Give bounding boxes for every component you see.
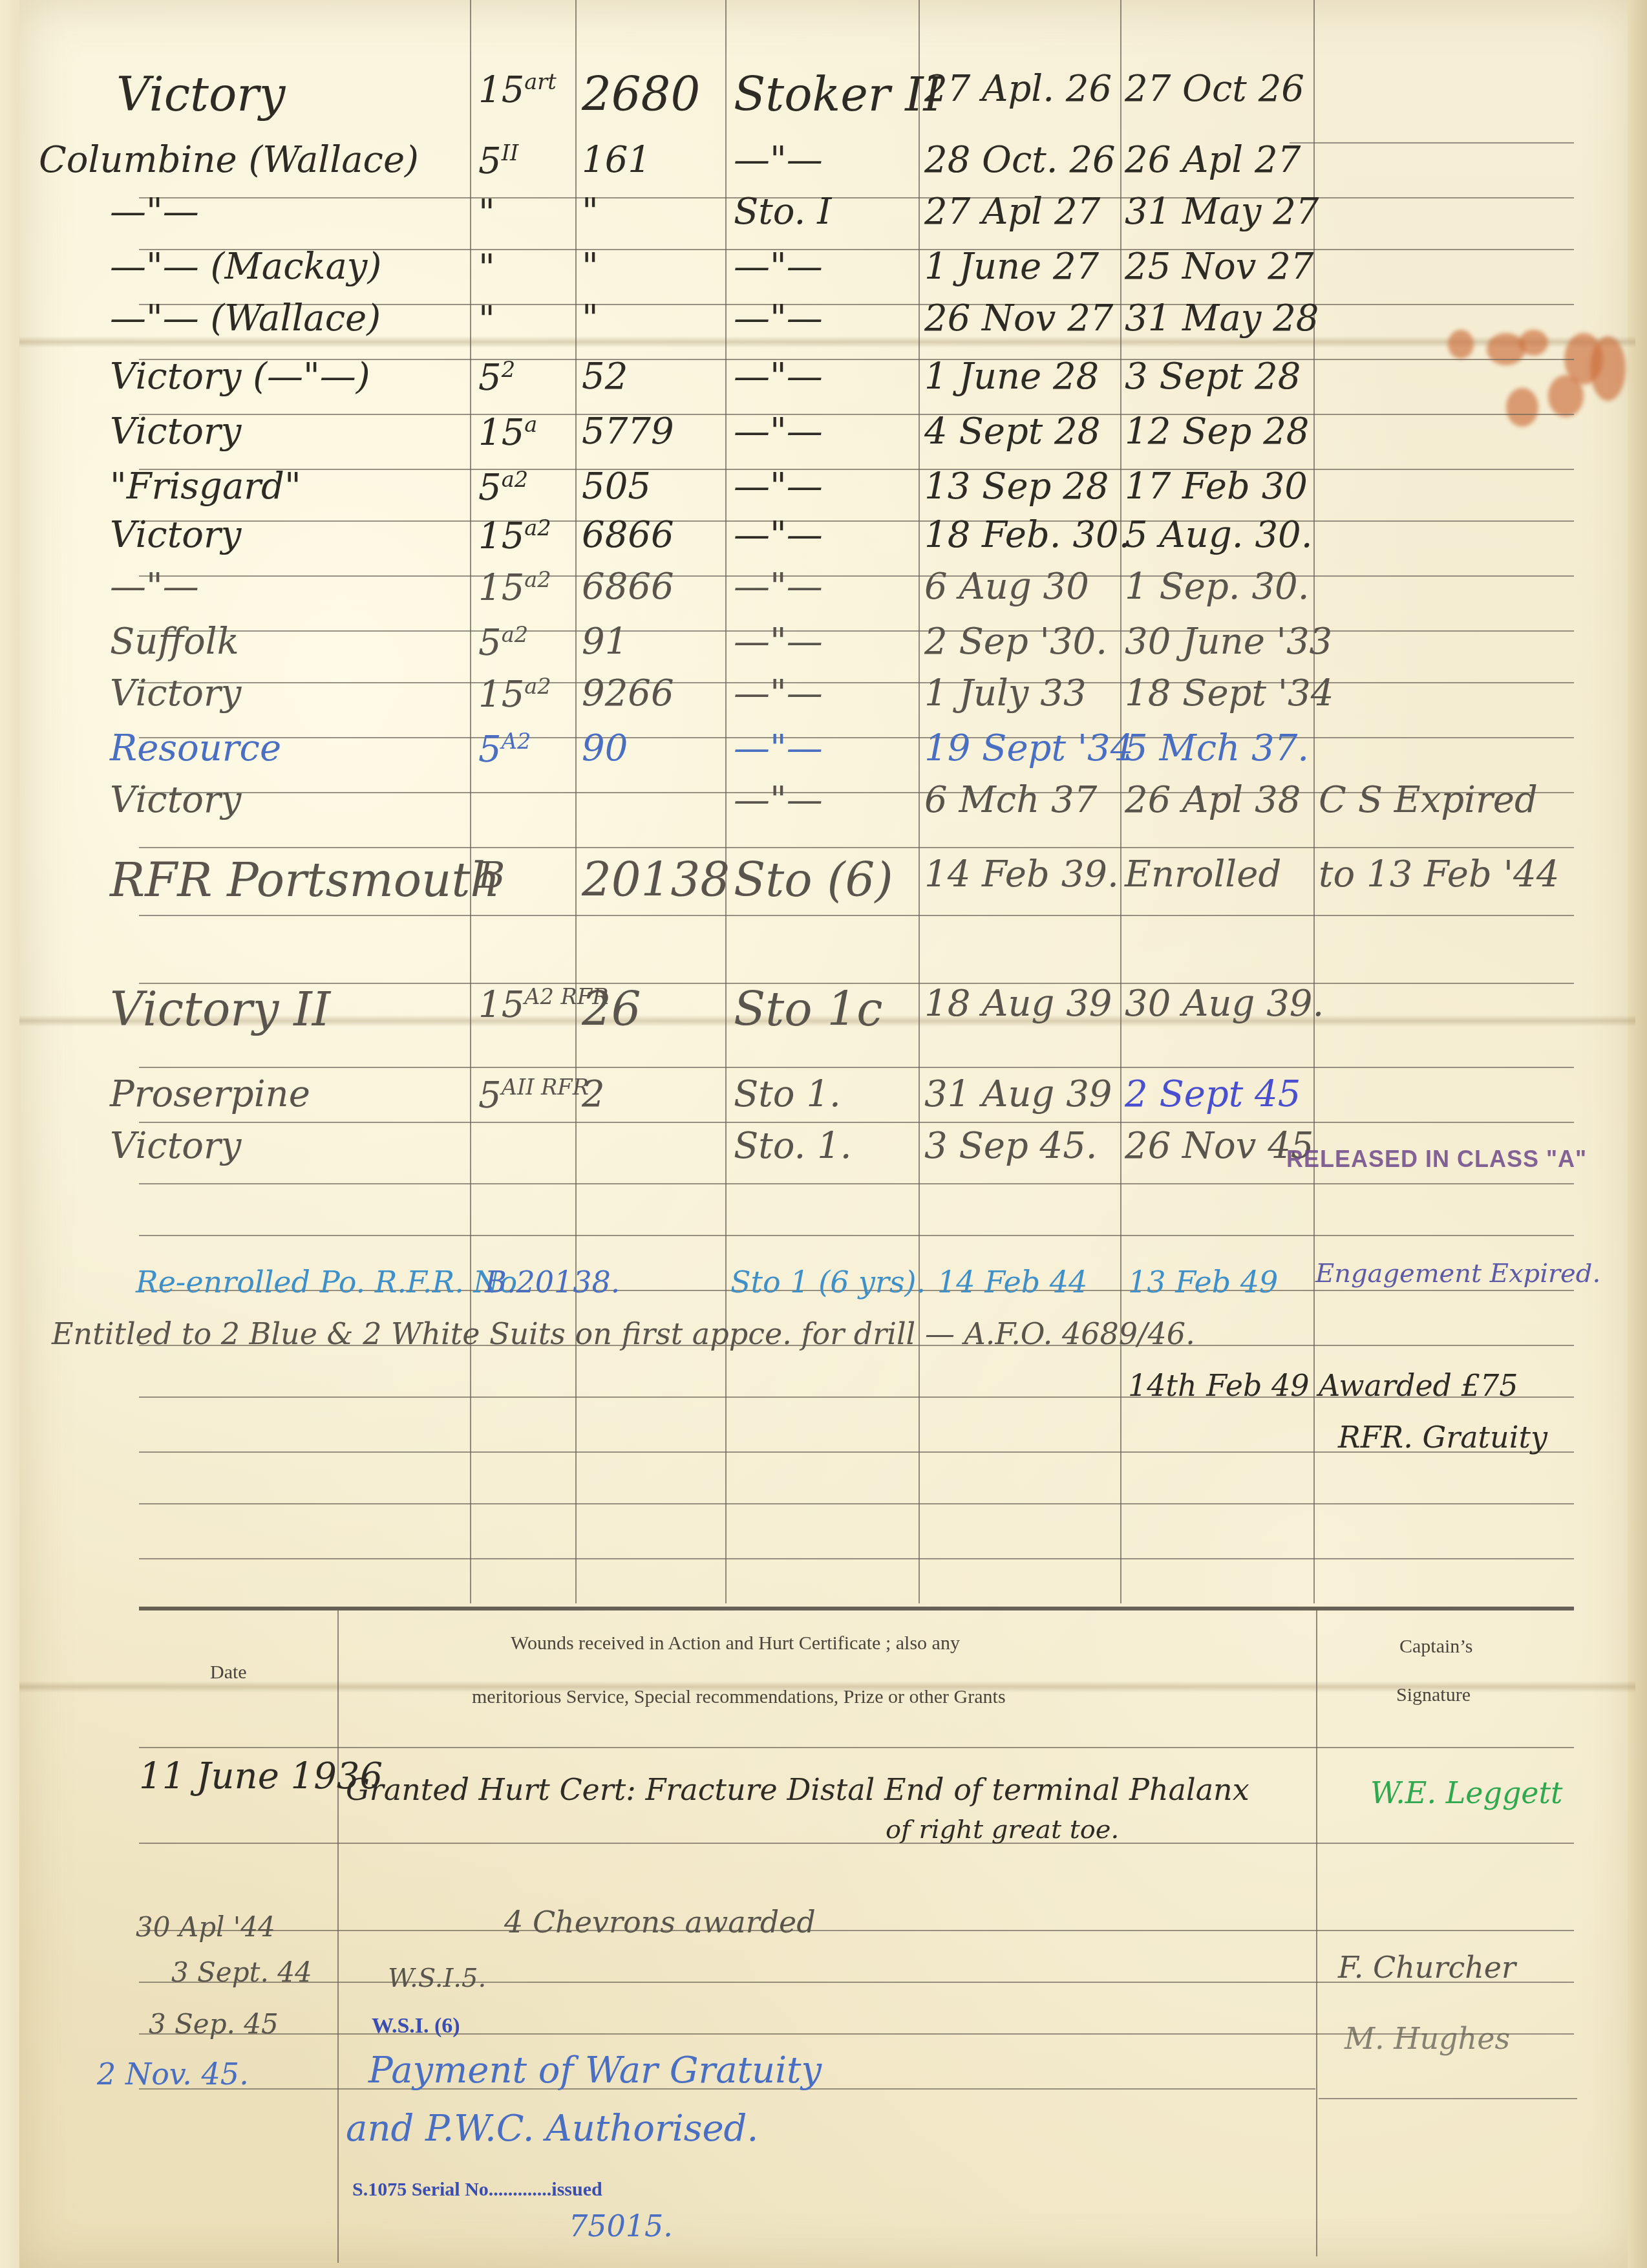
official-number: 2680 <box>582 71 700 118</box>
ship-name: Suffolk <box>110 624 239 660</box>
rating-class-superscript: a2 <box>502 622 528 647</box>
wounds-entry-text-2: of right great toe. <box>886 1817 1119 1843</box>
serial-number: 75015. <box>569 2211 673 2241</box>
rating-class-value: 5 <box>478 622 502 664</box>
wounds-entry-date: 2 Nov. 45. <box>97 2059 249 2089</box>
official-number: 505 <box>582 469 651 505</box>
rating-class-value: 15 <box>478 515 524 557</box>
table-rule <box>1290 142 1574 144</box>
ship-name: Resource <box>110 731 281 767</box>
rating-class-value: 5 <box>478 467 502 509</box>
rating-class: 15a2 <box>478 569 551 606</box>
uniform-entitlement-note: Entitled to 2 Blue & 2 White Suits on fi… <box>52 1319 1195 1349</box>
table-rule <box>139 520 1574 522</box>
rating-class-superscript: AII RFR <box>502 1075 589 1100</box>
official-number: " <box>582 301 599 337</box>
date-to: 30 June '33 <box>1125 624 1332 660</box>
rating-class-value: 15 <box>478 412 524 454</box>
rating-class-value: 15 <box>478 674 524 716</box>
rank: —"— <box>734 359 823 395</box>
paper-left-edge <box>0 0 19 2268</box>
date-from: 27 Apl. 26 <box>924 71 1112 107</box>
rank: Sto. 1. <box>734 1128 852 1164</box>
rating-class-value: " <box>478 192 495 234</box>
official-number: " <box>582 194 599 230</box>
table-rule <box>139 197 1574 198</box>
captain-signature: W.E. Leggett <box>1370 1778 1563 1808</box>
rank: —"— <box>734 569 823 605</box>
date-from: 18 Feb. 30. <box>924 517 1131 553</box>
rating-class: " <box>478 194 495 231</box>
date-from: 4 Sept 28 <box>924 414 1100 450</box>
wounds-grid-line-1 <box>337 1610 339 2263</box>
wounds-grid-line-2 <box>1316 1610 1317 2256</box>
remarks: C S Expired <box>1319 782 1538 818</box>
rating-class: 5AII RFR <box>478 1076 589 1114</box>
wounds-entry-text: 4 Chevrons awarded <box>504 1907 816 1937</box>
rating-class-superscript: a2 <box>524 674 551 699</box>
wounds-entry-date: 3 Sep. 45 <box>149 2011 279 2038</box>
date-from: 13 Sep 28 <box>924 469 1109 505</box>
rating-class-value: 15 <box>478 567 524 609</box>
date-to: 2 Sept 45 <box>1125 1076 1301 1113</box>
table-rule <box>139 682 1574 683</box>
table-rule <box>139 1235 1574 1236</box>
reenrolled-remarks: Engagement Expired. <box>1315 1261 1600 1287</box>
captain-header-line-2: Signature <box>1396 1684 1471 1706</box>
ship-name: —"— <box>110 569 199 605</box>
official-number: 5779 <box>582 414 674 450</box>
date-to: 26 Nov 45 <box>1125 1128 1313 1164</box>
rating-class: 15art <box>478 71 557 109</box>
wounds-entry-text-2: and P.W.C. Authorised. <box>346 2111 758 2147</box>
section-divider <box>139 1607 1574 1610</box>
official-number: 161 <box>582 142 651 178</box>
date-from: 6 Mch 37 <box>924 782 1097 818</box>
ship-name: —"— (Mackay) <box>110 249 381 285</box>
date-to: 26 Apl 38 <box>1125 782 1301 818</box>
rating-class-value: " <box>478 247 495 289</box>
date-to: 30 Aug 39. <box>1125 986 1324 1022</box>
reenrolled-number: B.20138. <box>485 1267 620 1297</box>
date-to: 5 Aug. 30. <box>1125 517 1312 553</box>
table-rule <box>139 1067 1574 1068</box>
rating-class: 15a2 <box>478 676 551 713</box>
date-from: 1 July 33 <box>924 676 1087 712</box>
wounds-rule <box>139 1930 1574 1931</box>
table-rule <box>139 1122 1574 1123</box>
table-rule <box>139 1183 1574 1184</box>
serial-issued-stamp: S.1075 Serial No.............issued <box>352 2179 602 2201</box>
table-rule <box>139 915 1574 916</box>
gratuity-remark-2: RFR. Gratuity <box>1338 1422 1547 1452</box>
captain-signature: M. Hughes <box>1344 2024 1510 2053</box>
rank: —"— <box>734 731 823 767</box>
wounds-entry-date: 30 Apl '44 <box>136 1914 275 1941</box>
official-number: 26 <box>582 986 641 1032</box>
ship-name: Victory <box>110 1128 241 1164</box>
rating-class-superscript: a2 <box>502 467 528 492</box>
ship-name: Columbine (Wallace) <box>39 142 419 178</box>
wounds-entry-text: Granted Hurt Cert: Fracture Distal End o… <box>346 1775 1249 1804</box>
rating-class-superscript: a2 <box>524 515 551 540</box>
captain-signature: F. Churcher <box>1338 1952 1516 1982</box>
remarks: to 13 Feb '44 <box>1319 857 1559 893</box>
ship-name: RFR Portsmouth <box>110 857 500 903</box>
reenrolled-ship: Re-enrolled Po. R.F.R. No <box>136 1267 517 1297</box>
rating-class: B <box>478 857 505 894</box>
rating-class-value: 15 <box>478 984 524 1026</box>
ship-name: Victory <box>110 517 241 553</box>
rating-class-value: B <box>478 855 505 897</box>
wounds-entry-text: W.S.I.5. <box>388 1965 486 1991</box>
ship-name: —"— <box>110 194 199 230</box>
rating-class: 5A2 <box>478 731 531 768</box>
ship-name: Victory <box>116 71 285 118</box>
release-stamp: RELEASED IN CLASS "A" <box>1286 1146 1587 1173</box>
wounds-entry-date: 3 Sept. 44 <box>171 1959 312 1986</box>
date-from: 2 Sep '30. <box>924 624 1107 660</box>
rating-class-superscript: II <box>502 140 519 166</box>
rank: —"— <box>734 676 823 712</box>
rank: —"— <box>734 624 823 660</box>
table-rule <box>139 414 1574 415</box>
official-number: " <box>582 249 599 285</box>
rating-class: 5II <box>478 142 518 180</box>
date-to: 12 Sep 28 <box>1125 414 1309 450</box>
date-from: 1 June 28 <box>924 359 1099 395</box>
reenrolled-rank: Sto 1 (6 yrs). <box>730 1267 926 1297</box>
date-to: 26 Apl 27 <box>1125 142 1301 178</box>
date-to: 31 May 27 <box>1125 194 1319 230</box>
rank: Sto. I <box>734 194 831 230</box>
date-to: 31 May 28 <box>1125 301 1319 337</box>
date-to: 25 Nov 27 <box>1125 249 1313 285</box>
table-rule <box>139 1558 1574 1559</box>
date-header: Date <box>210 1662 247 1684</box>
ship-name: Victory <box>110 414 241 450</box>
rating-class: 5a2 <box>478 624 528 661</box>
rating-class-value: 15 <box>478 69 524 111</box>
rating-class-value: 5 <box>478 1075 502 1117</box>
official-number: 6866 <box>582 569 674 605</box>
wounds-entry-text: Payment of War Gratuity <box>368 2053 822 2089</box>
table-rule <box>139 469 1574 470</box>
date-from: 14 Feb 39. <box>924 857 1119 893</box>
date-to: 1 Sep. 30. <box>1125 569 1309 605</box>
wounds-header-line-2: meritorious Service, Special recommendat… <box>472 1686 1006 1708</box>
rating-class-value: " <box>478 299 495 341</box>
rating-class-superscript: a <box>524 412 537 437</box>
rating-class: " <box>478 301 495 338</box>
date-from: 27 Apl 27 <box>924 194 1100 230</box>
rating-class: " <box>478 249 495 286</box>
table-rule <box>139 847 1574 848</box>
rating-class-superscript: a2 <box>524 567 551 592</box>
wounds-rule <box>139 1843 1574 1844</box>
ship-name: Proserpine <box>110 1076 310 1113</box>
rating-class: 52 <box>478 359 515 396</box>
date-from: 3 Sep 45. <box>924 1128 1098 1164</box>
date-from: 18 Aug 39 <box>924 986 1112 1022</box>
ship-name: Victory <box>110 676 241 712</box>
date-from: 19 Sept '34 <box>924 731 1133 767</box>
rating-class-value: 5 <box>478 357 502 399</box>
rating-class-value: 5 <box>478 140 502 182</box>
rank: Sto (6) <box>734 857 893 903</box>
official-number: 91 <box>582 624 628 660</box>
date-to: 5 Mch 37. <box>1125 731 1309 767</box>
rank: Stoker II <box>734 71 942 118</box>
rating-class: 15a <box>478 414 537 451</box>
table-rule <box>139 630 1574 632</box>
wounds-entry-text: W.S.I. (6) <box>372 2014 460 2038</box>
table-rule <box>139 575 1574 577</box>
official-number: 2 <box>582 1076 605 1113</box>
rating-class-superscript: art <box>524 69 557 94</box>
rank: —"— <box>734 782 823 818</box>
gratuity-remark-1: Awarded £75 <box>1319 1371 1518 1400</box>
rank: —"— <box>734 414 823 450</box>
rank: —"— <box>734 517 823 553</box>
wounds-rule <box>1319 2098 1577 2099</box>
date-to: Enrolled <box>1125 857 1281 893</box>
date-to: 17 Feb 30 <box>1125 469 1308 505</box>
table-rule <box>139 1503 1574 1504</box>
date-from: 28 Oct. 26 <box>924 142 1116 178</box>
ship-name: Victory <box>110 782 241 818</box>
rating-class: 5a2 <box>478 469 528 506</box>
wounds-rule <box>139 1747 1574 1748</box>
ship-name: Victory (—"—) <box>110 359 370 395</box>
rating-class-superscript: A2 <box>502 729 531 754</box>
rank: —"— <box>734 301 823 337</box>
rank: Sto 1c <box>734 986 883 1032</box>
rank: —"— <box>734 142 823 178</box>
reenrolled-from: 14 Feb 44 <box>937 1267 1087 1297</box>
official-number: 52 <box>582 359 628 395</box>
rating-class-value: 5 <box>478 729 502 771</box>
ship-name: Victory II <box>110 986 330 1032</box>
official-number: 90 <box>582 731 628 767</box>
rating-class: 15a2 <box>478 517 551 555</box>
official-number: 6866 <box>582 517 674 553</box>
date-from: 31 Aug 39 <box>924 1076 1112 1113</box>
date-to: 3 Sept 28 <box>1125 359 1301 395</box>
reenrolled-to: 13 Feb 49 <box>1128 1267 1278 1297</box>
gratuity-date: 14th Feb 49 <box>1128 1371 1310 1400</box>
date-from: 1 June 27 <box>924 249 1099 285</box>
date-to: 27 Oct 26 <box>1125 71 1304 107</box>
rank: —"— <box>734 469 823 505</box>
date-from: 6 Aug 30 <box>924 569 1089 605</box>
rating-class-superscript: 2 <box>502 357 515 382</box>
date-from: 26 Nov 27 <box>924 301 1113 337</box>
official-number: 9266 <box>582 676 674 712</box>
ship-name: "Frisgard" <box>110 469 301 505</box>
rank: —"— <box>734 249 823 285</box>
table-rule <box>139 737 1574 738</box>
ship-name: —"— (Wallace) <box>110 301 381 337</box>
wounds-header-line-1: Wounds received in Action and Hurt Certi… <box>511 1632 960 1654</box>
captain-header-line-1: Captain’s <box>1399 1636 1472 1658</box>
official-number: 20138 <box>582 857 730 903</box>
date-to: 18 Sept '34 <box>1125 676 1334 712</box>
rank: Sto 1. <box>734 1076 841 1113</box>
